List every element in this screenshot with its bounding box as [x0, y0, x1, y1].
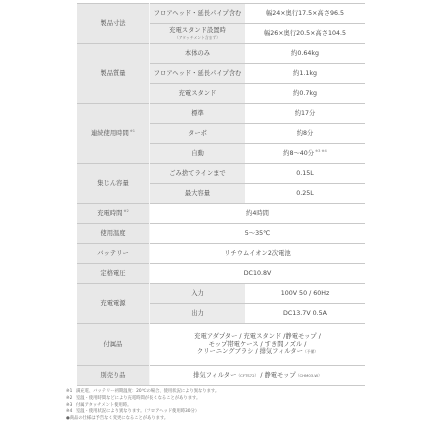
cell-value: 幅24×奥行17.5×高さ96.5 — [245, 4, 365, 24]
sub-header: 本体のみ — [150, 44, 246, 64]
sub-header: 入力 — [150, 284, 246, 304]
accessories-line: 充電アダプター / 充電スタンド /静電モップ / — [150, 333, 365, 341]
footnote-ref: ※2 — [123, 209, 128, 213]
table-row: バッテリー リチウムイオン2次電池 — [77, 244, 365, 264]
cell-value: 100V 50 / 60Hz — [245, 284, 365, 304]
table-row: 集じん容量 ごみ捨てラインまで 0.15L — [77, 164, 365, 184]
table-row: 付属品 充電アダプター / 充電スタンド /静電モップ / モップ帯電ケース /… — [77, 324, 365, 366]
row-header-rated-voltage: 定格電圧 — [77, 264, 150, 284]
cell-value: 0.15L — [245, 164, 365, 184]
row-header-text: 連続使用時間 — [91, 130, 129, 137]
sub-header: 充電スタンド設置時 （アタッチメント含まず） — [150, 24, 246, 44]
accessories-line: クリーニングブラシ / 排気フィルター（予備） — [150, 348, 365, 356]
cell-value: 約8〜40分※3 ※4 — [245, 144, 365, 164]
footnote-ref: ※3 ※4 — [315, 149, 327, 153]
sub-header: ターボ — [150, 124, 246, 144]
row-header-runtime: 連続使用時間※1 — [77, 104, 150, 164]
cell-value-text: 約8〜40分 — [283, 150, 314, 157]
row-header-accessories: 付属品 — [77, 324, 150, 366]
table-row: 製品寸法 フロアヘッド・延長パイプ含む 幅24×奥行17.5×高さ96.5 — [77, 4, 365, 24]
optional-item-code: （CHM03-W） — [296, 373, 322, 378]
footnote-mark: ※1 — [66, 389, 76, 396]
cell-value: 5〜35℃ — [150, 224, 366, 244]
cell-value: 約4時間 — [150, 204, 366, 224]
sub-header: 標準 — [150, 104, 246, 124]
cell-value-accessories: 充電アダプター / 充電スタンド /静電モップ / モップ帯電ケース / すき間… — [150, 324, 366, 366]
cell-value: 幅26×奥行20.5×高さ104.5 — [245, 24, 365, 44]
footnotes: ※1満充電、バッテリー初期温度：20℃の場合、使用状況により異なります。 ※2室… — [66, 389, 386, 423]
table-row: 連続使用時間※1 標準 約17分 — [77, 104, 365, 124]
row-header-battery: バッテリー — [77, 244, 150, 264]
sub-header: フロアヘッド・延長パイプ含む — [150, 4, 246, 24]
optional-item-filter: 排気フィルター — [193, 372, 236, 379]
footnote-text: 付属アタッチメント使用時。 — [76, 403, 131, 408]
cell-value: 0.25L — [245, 184, 365, 204]
sub-header: 出力 — [150, 304, 246, 324]
cell-value: 約8分 — [245, 124, 365, 144]
cell-value: 約17分 — [245, 104, 365, 124]
optional-item-code: （CFTS72） — [236, 373, 258, 378]
cell-value: 約0.64kg — [245, 44, 365, 64]
table-row: 別売り品 排気フィルター（CFTS72） / 静電モップ（CHM03-W） — [77, 366, 365, 386]
sub-header: 充電スタンド — [150, 84, 246, 104]
cell-value: 約1.1kg — [245, 64, 365, 84]
row-header-dimensions: 製品寸法 — [77, 4, 150, 44]
sub-header: フロアヘッド・延長パイプ含む — [150, 64, 246, 84]
sub-header-note: （アタッチメント含まず） — [150, 36, 245, 41]
table-row: 製品質量 本体のみ 約0.64kg — [77, 44, 365, 64]
table-row: 充電電源 入力 100V 50 / 60Hz — [77, 284, 365, 304]
row-header-sold-separately: 別売り品 — [77, 366, 150, 386]
cell-value: 約0.7kg — [245, 84, 365, 104]
cell-value-sold-separately: 排気フィルター（CFTS72） / 静電モップ（CHM03-W） — [150, 366, 366, 386]
table-row: 定格電圧 DC10.8V — [77, 264, 365, 284]
row-header-weight: 製品質量 — [77, 44, 150, 104]
spec-table: 製品寸法 フロアヘッド・延長パイプ含む 幅24×奥行17.5×高さ96.5 充電… — [77, 3, 365, 386]
footnote-text: 室温・使用状況により異なります。（フロアヘッド使用時30分） — [76, 409, 199, 414]
row-header-charger-power: 充電電源 — [77, 284, 150, 324]
footnote-ref: ※1 — [130, 129, 135, 133]
accessories-note: （予備） — [303, 349, 318, 354]
cell-value: DC10.8V — [150, 264, 366, 284]
sub-header: ごみ捨てラインまで — [150, 164, 246, 184]
table-row: 充電時間※2 約4時間 — [77, 204, 365, 224]
accessories-line-text: クリーニングブラシ / 排気フィルター — [197, 348, 303, 355]
row-header-operating-temp: 使用温度 — [77, 224, 150, 244]
sub-header: 自動 — [150, 144, 246, 164]
footnote: ※1満充電、バッテリー初期温度：20℃の場合、使用状況により異なります。 — [66, 389, 386, 396]
cell-value: リチウムイオン2次電池 — [150, 244, 366, 264]
table-row: 使用温度 5〜35℃ — [77, 224, 365, 244]
footnote-text: 満充電、バッテリー初期温度：20℃の場合、使用状況により異なります。 — [76, 389, 219, 394]
cell-value: DC13.7V 0.5A — [245, 304, 365, 324]
sub-header-text: 充電スタンド設置時 — [169, 27, 226, 34]
sub-header: 最大容量 — [150, 184, 246, 204]
optional-item-mop: 静電モップ — [264, 372, 295, 379]
row-header-dust-capacity: 集じん容量 — [77, 164, 150, 204]
disclaimer: ●商品の仕様は予告なく変更になることがあります。 — [66, 416, 386, 423]
footnote-text: 室温・使用時間などにより充電時間が長くなることがあります。 — [76, 396, 200, 401]
footnote-mark: ※2 — [66, 396, 76, 403]
row-header-charge-time: 充電時間※2 — [77, 204, 150, 224]
row-header-text: 充電時間 — [97, 210, 122, 217]
footnote: ※2室温・使用時間などにより充電時間が長くなることがあります。 — [66, 396, 386, 403]
